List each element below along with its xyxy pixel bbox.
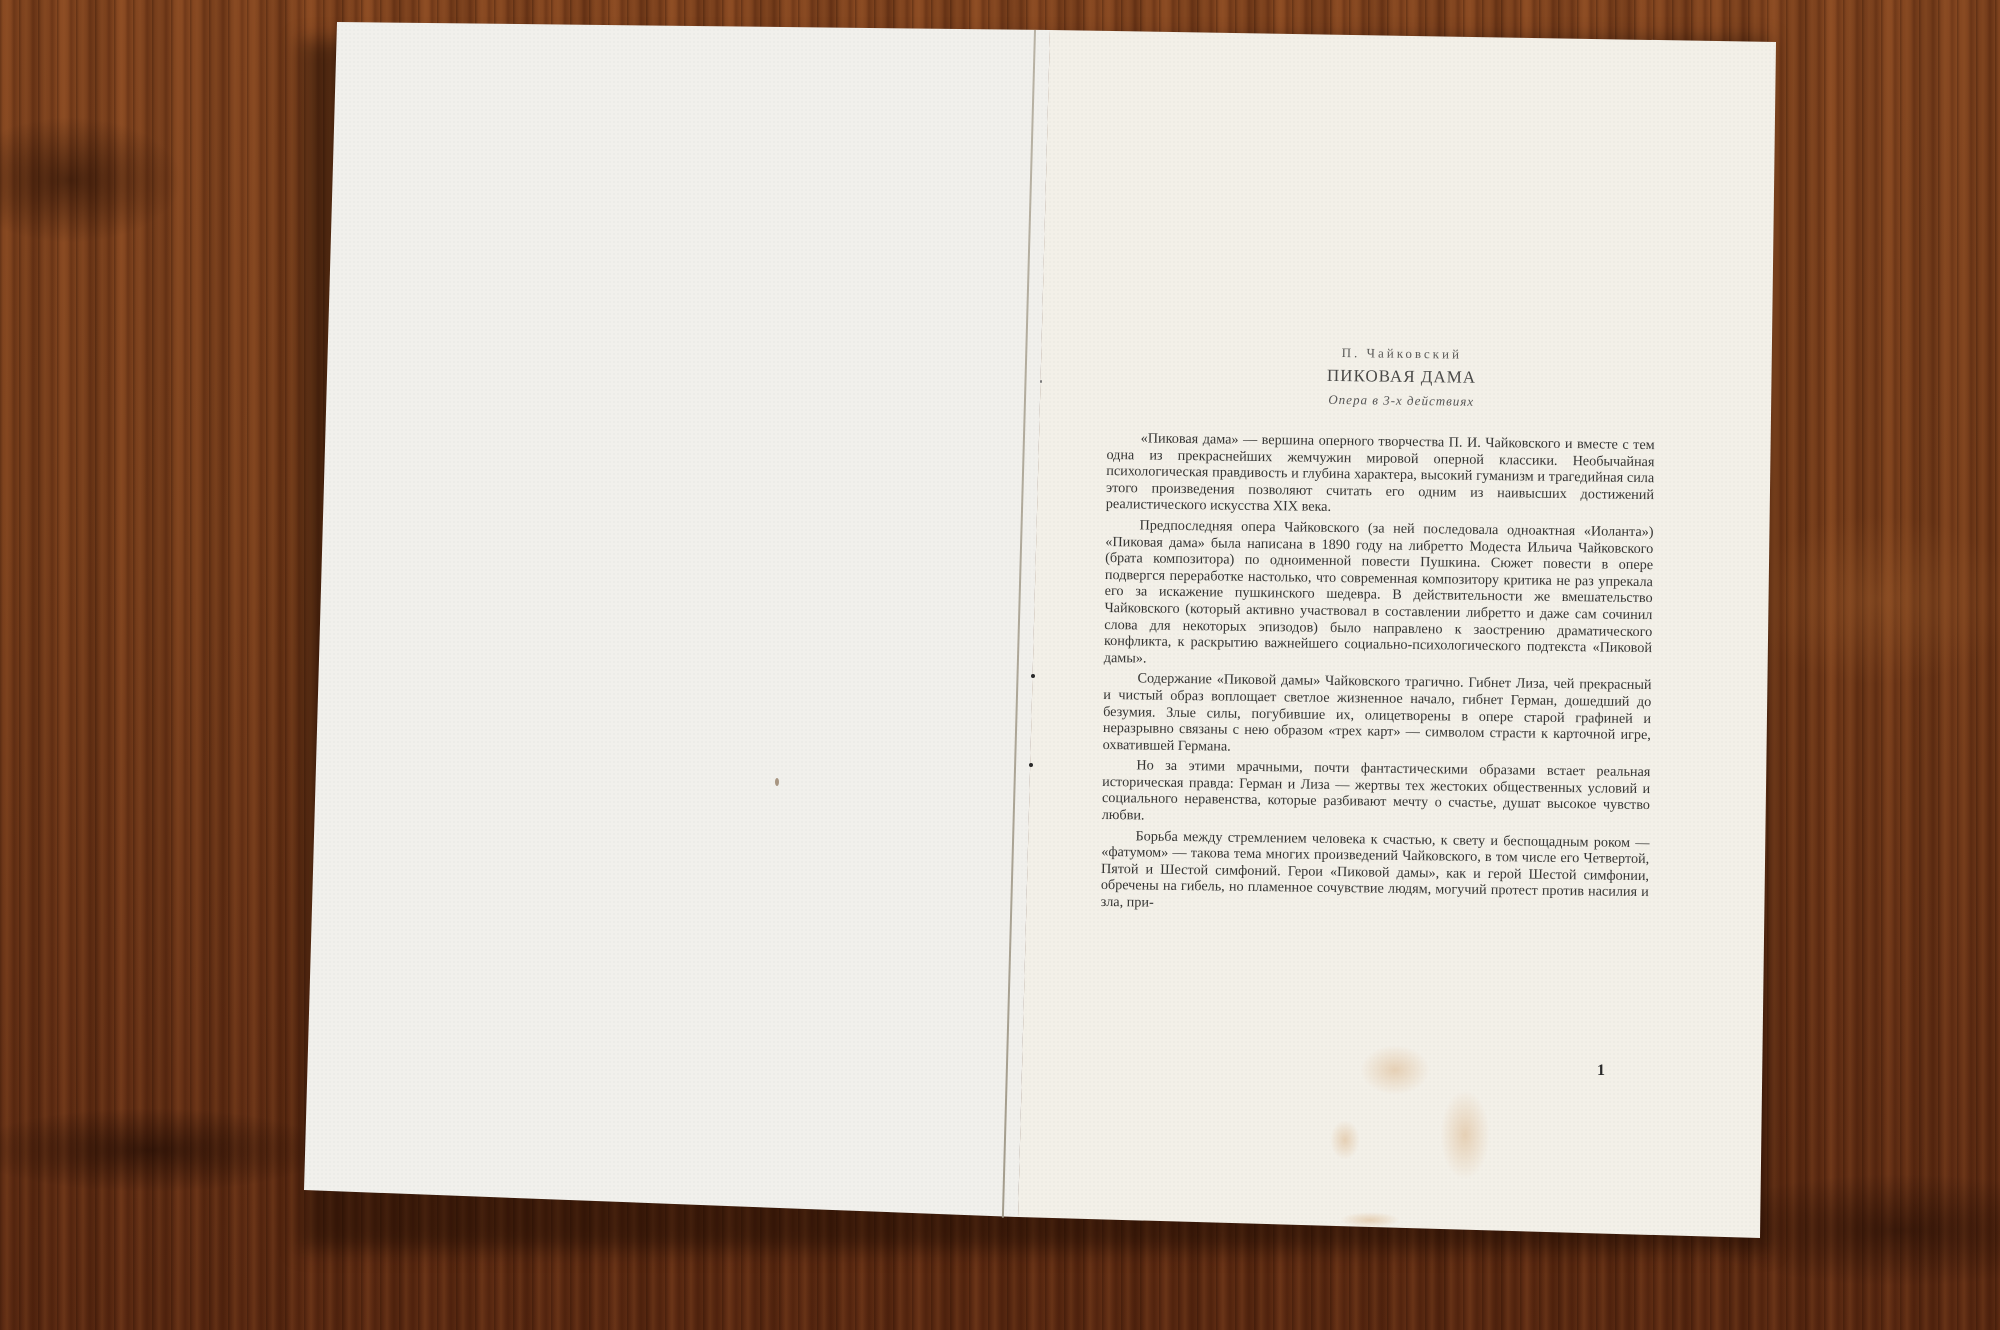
synopsis-body: «Пиковая дама» — вершина оперного творче… — [1101, 430, 1655, 918]
water-stain — [1330, 1120, 1360, 1160]
paragraph: Содержание «Пиковой дамы» Чайковского тр… — [1103, 670, 1652, 760]
right-page-text: П. Чайковский ПИКОВАЯ ДАМА Опера в 3-х д… — [1100, 340, 1655, 922]
paragraph: Борьба между стремлением человека к счас… — [1101, 828, 1650, 918]
stitch-mark — [1029, 763, 1033, 767]
water-stain — [1340, 1212, 1400, 1228]
paper-speck — [775, 778, 779, 786]
stitch-mark — [1040, 380, 1042, 383]
paragraph: Но за этими мрачными, почти фантастическ… — [1102, 757, 1651, 831]
paragraph: «Пиковая дама» — вершина оперного творче… — [1106, 430, 1655, 520]
page-number: 1 — [1597, 1062, 1605, 1080]
water-stain — [1440, 1090, 1490, 1180]
paragraph: Предпоследняя опера Чайковского (за ней … — [1104, 517, 1654, 674]
water-stain — [1360, 1045, 1430, 1095]
stitch-mark — [1031, 674, 1035, 678]
